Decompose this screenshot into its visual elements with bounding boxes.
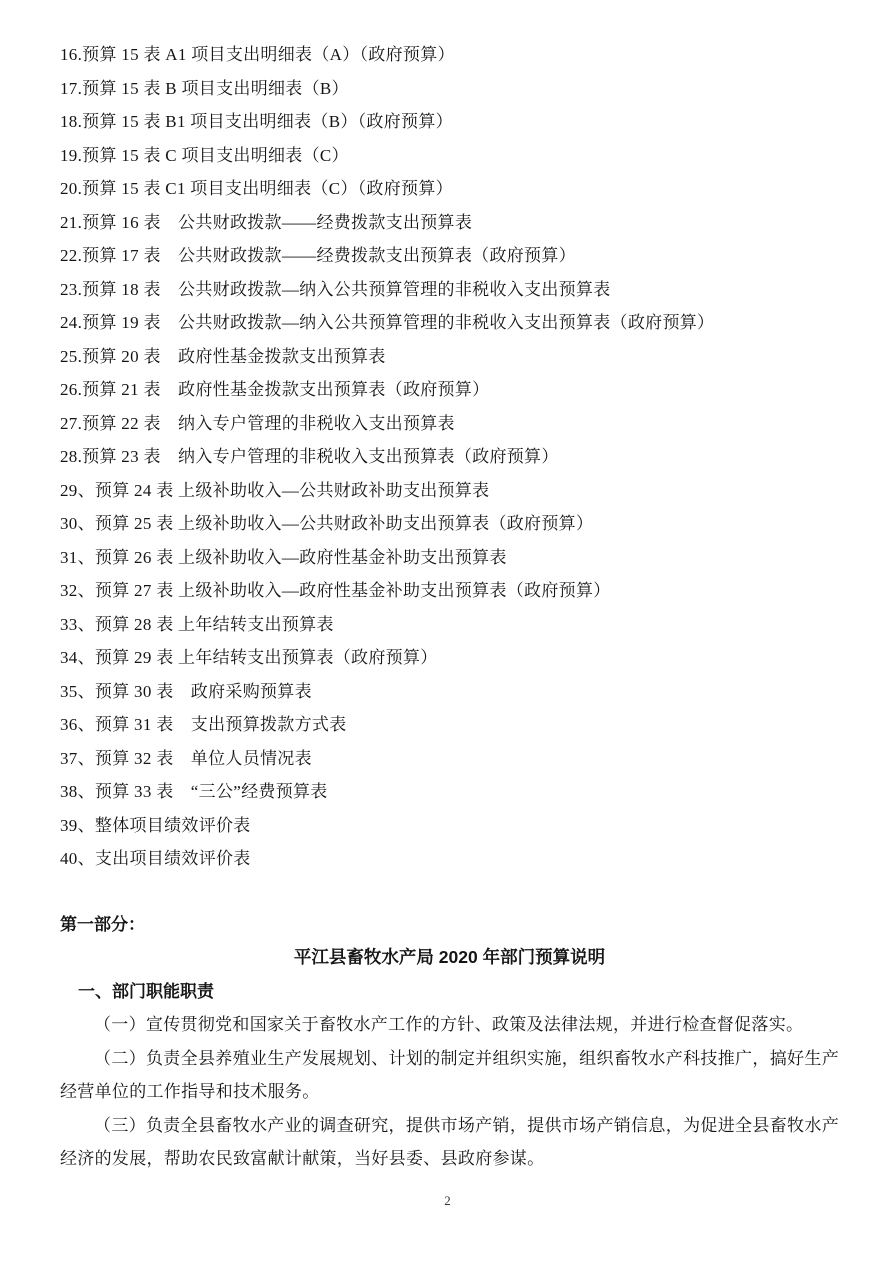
toc-item: 27.预算 22 表 纳入专户管理的非税收入支出预算表 (60, 407, 839, 441)
toc-item: 18.预算 15 表 B1 项目支出明细表（B）（政府预算） (60, 105, 839, 139)
budget-statement-title: 平江县畜牧水产局 2020 年部门预算说明 (60, 941, 839, 975)
toc-item: 20.预算 15 表 C1 项目支出明细表（C）（政府预算） (60, 172, 839, 206)
document-page: 16.预算 15 表 A1 项目支出明细表（A）（政府预算） 17.预算 15 … (0, 0, 895, 1267)
toc-item: 29、预算 24 表 上级补助收入—公共财政补助支出预算表 (60, 474, 839, 508)
toc-list: 16.预算 15 表 A1 项目支出明细表（A）（政府预算） 17.预算 15 … (60, 38, 839, 876)
toc-item: 31、预算 26 表 上级补助收入—政府性基金补助支出预算表 (60, 541, 839, 575)
toc-item: 21.预算 16 表 公共财政拨款——经费拨款支出预算表 (60, 206, 839, 240)
department-duties-heading: 一、部门职能职责 (60, 975, 839, 1009)
part-one-heading: 第一部分： (60, 908, 839, 942)
toc-item: 25.预算 20 表 政府性基金拨款支出预算表 (60, 340, 839, 374)
toc-item: 26.预算 21 表 政府性基金拨款支出预算表（政府预算） (60, 373, 839, 407)
page-number: 2 (0, 1193, 895, 1209)
toc-item: 24.预算 19 表 公共财政拨款—纳入公共预算管理的非税收入支出预算表（政府预… (60, 306, 839, 340)
toc-item: 38、预算 33 表 “三公”经费预算表 (60, 775, 839, 809)
toc-item: 16.预算 15 表 A1 项目支出明细表（A）（政府预算） (60, 38, 839, 72)
toc-item: 36、预算 31 表 支出预算拨款方式表 (60, 708, 839, 742)
toc-item: 17.预算 15 表 B 项目支出明细表（B） (60, 72, 839, 106)
toc-item: 22.预算 17 表 公共财政拨款——经费拨款支出预算表（政府预算） (60, 239, 839, 273)
duty-paragraph-2: （二）负责全县养殖业生产发展规划、计划的制定并组织实施，组织畜牧水产科技推广，搞… (60, 1042, 839, 1109)
toc-item: 35、预算 30 表 政府采购预算表 (60, 675, 839, 709)
toc-item: 28.预算 23 表 纳入专户管理的非税收入支出预算表（政府预算） (60, 440, 839, 474)
toc-item: 34、预算 29 表 上年结转支出预算表（政府预算） (60, 641, 839, 675)
toc-item: 19.预算 15 表 C 项目支出明细表（C） (60, 139, 839, 173)
toc-item: 37、预算 32 表 单位人员情况表 (60, 742, 839, 776)
toc-item: 30、预算 25 表 上级补助收入—公共财政补助支出预算表（政府预算） (60, 507, 839, 541)
duty-paragraph-1: （一）宣传贯彻党和国家关于畜牧水产工作的方针、政策及法律法规，并进行检查督促落实… (60, 1008, 839, 1042)
toc-item: 33、预算 28 表 上年结转支出预算表 (60, 608, 839, 642)
document-content: 16.预算 15 表 A1 项目支出明细表（A）（政府预算） 17.预算 15 … (0, 0, 895, 1176)
toc-item: 32、预算 27 表 上级补助收入—政府性基金补助支出预算表（政府预算） (60, 574, 839, 608)
toc-item: 40、支出项目绩效评价表 (60, 842, 839, 876)
toc-item: 39、整体项目绩效评价表 (60, 809, 839, 843)
duty-paragraph-3: （三）负责全县畜牧水产业的调查研究，提供市场产销，提供市场产销信息，为促进全县畜… (60, 1109, 839, 1176)
toc-item: 23.预算 18 表 公共财政拨款—纳入公共预算管理的非税收入支出预算表 (60, 273, 839, 307)
